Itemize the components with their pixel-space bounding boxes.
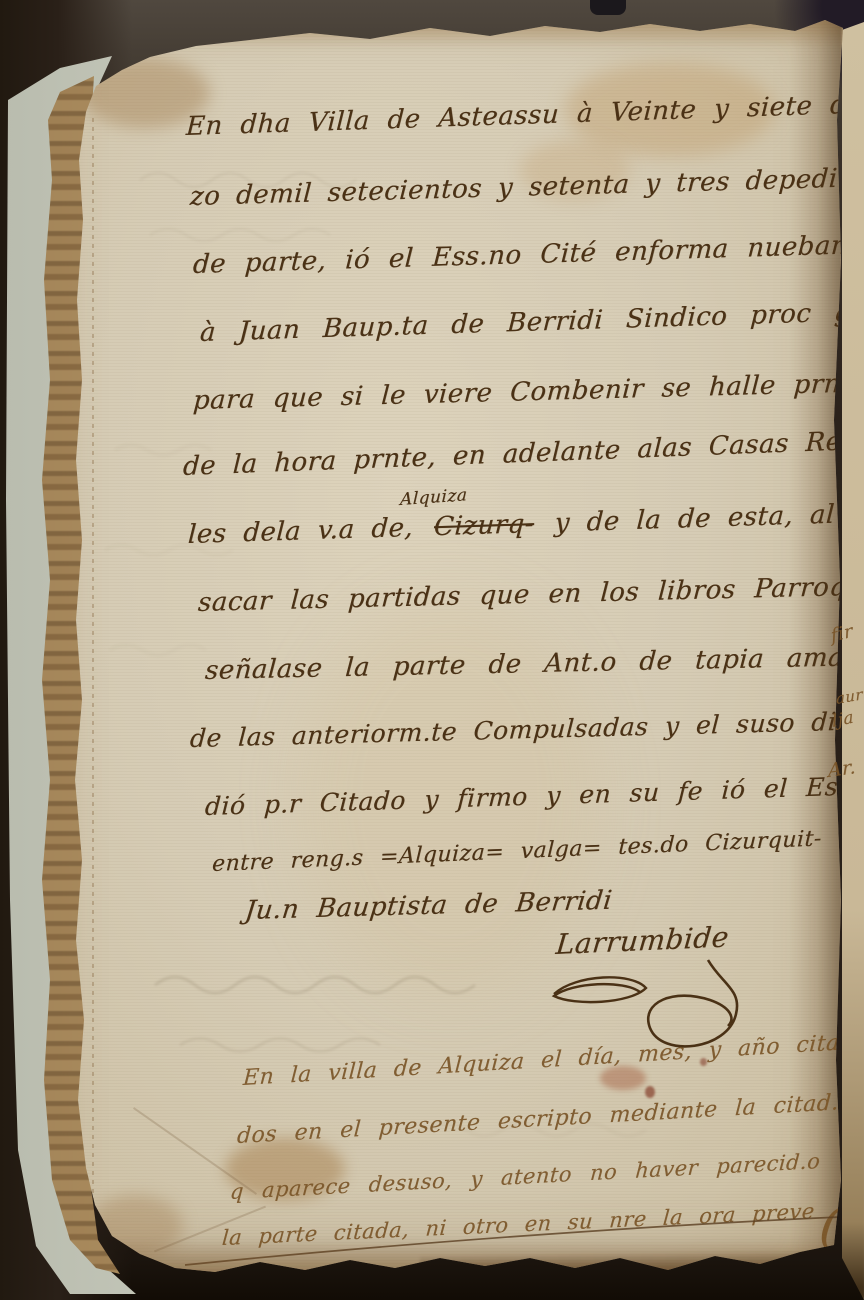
manuscript-line: de la hora prnte, en adelante alas Casas… (182, 424, 864, 482)
manuscript-line: para que si le viere Combenir se halle p… (192, 367, 864, 416)
manuscript-line: à Juan Baup.ta de Berridi Sindico proc g… (199, 296, 864, 348)
margin-fragment: Ar. (828, 756, 857, 782)
manuscript-line-with-strikethrough: les dela v.a de, Cizurq- y de la de esta… (187, 498, 864, 550)
line-pre-text: les dela v.a de, (187, 513, 414, 550)
signature-larrumbide: Larrumbide (554, 920, 730, 961)
chain-crease-line (92, 118, 94, 1238)
manuscript-page: En dha Villa de Asteassu à Veinte y siet… (0, 0, 864, 1300)
struck-word: Cizurq- (429, 509, 539, 542)
manuscript-line: En dha Villa de Asteassu à Veinte y siet… (185, 87, 864, 142)
manuscript-line: sacar las partidas que en los libros Par… (197, 571, 864, 618)
interlinear-insertion: Alquiza (400, 485, 468, 510)
manuscript-scan: En dha Villa de Asteassu à Veinte y siet… (0, 0, 864, 1300)
binding-clip-tab (590, 0, 626, 15)
